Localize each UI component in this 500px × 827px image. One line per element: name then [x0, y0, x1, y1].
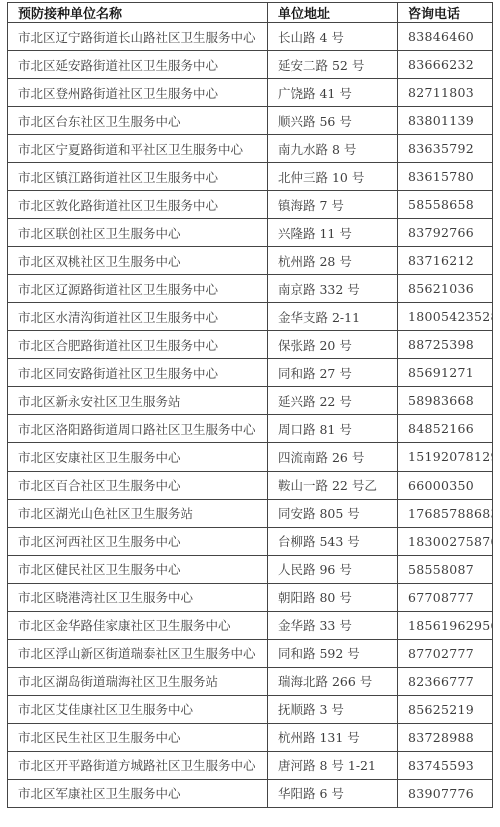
phone-cell: 83728988: [398, 723, 493, 751]
phone-cell: 82711803: [398, 79, 493, 107]
table-row: 市北区河西社区卫生服务中心台柳路 543 号18300275870: [8, 527, 493, 555]
table-row: 市北区辽宁路街道长山路社区卫生服务中心长山路 4 号83846460: [8, 23, 493, 51]
address-cell: 鞍山一路 22 号乙: [268, 471, 398, 499]
phone-cell: 88725398: [398, 331, 493, 359]
unit-name-cell: 市北区湖光山色社区卫生服务站: [8, 499, 268, 527]
address-cell: 延兴路 22 号: [268, 387, 398, 415]
vaccination-units-table: 预防接种单位名称 单位地址 咨询电话 市北区辽宁路街道长山路社区卫生服务中心长山…: [7, 2, 493, 808]
address-cell: 抚顺路 3 号: [268, 695, 398, 723]
address-cell: 北仲三路 10 号: [268, 163, 398, 191]
table-row: 市北区军康社区卫生服务中心华阳路 6 号83907776: [8, 779, 493, 807]
table-row: 市北区安康社区卫生服务中心四流南路 26 号15192078129: [8, 443, 493, 471]
address-cell: 同和路 27 号: [268, 359, 398, 387]
unit-name-cell: 市北区健民社区卫生服务中心: [8, 555, 268, 583]
table-row: 市北区湖岛街道瑞海社区卫生服务站瑞海北路 266 号82366777: [8, 667, 493, 695]
phone-cell: 58558658: [398, 191, 493, 219]
address-cell: 镇海路 7 号: [268, 191, 398, 219]
unit-name-cell: 市北区延安路街道社区卫生服务中心: [8, 51, 268, 79]
table-row: 市北区健民社区卫生服务中心人民路 96 号58558087: [8, 555, 493, 583]
address-cell: 台柳路 543 号: [268, 527, 398, 555]
phone-cell: 18561962956: [398, 611, 493, 639]
phone-cell: 85621036: [398, 275, 493, 303]
address-cell: 兴隆路 11 号: [268, 219, 398, 247]
column-header-address: 单位地址: [268, 3, 398, 23]
phone-cell: 83846460: [398, 23, 493, 51]
address-cell: 唐河路 8 号 1-21: [268, 751, 398, 779]
table-row: 市北区延安路街道社区卫生服务中心延安二路 52 号83666232: [8, 51, 493, 79]
table-row: 市北区辽源路街道社区卫生服务中心南京路 332 号85621036: [8, 275, 493, 303]
address-cell: 同和路 592 号: [268, 639, 398, 667]
unit-name-cell: 市北区洛阳路街道周口路社区卫生服务中心: [8, 415, 268, 443]
address-cell: 杭州路 28 号: [268, 247, 398, 275]
phone-cell: 18300275870: [398, 527, 493, 555]
table-row: 市北区洛阳路街道周口路社区卫生服务中心周口路 81 号84852166: [8, 415, 493, 443]
unit-name-cell: 市北区镇江路街道社区卫生服务中心: [8, 163, 268, 191]
phone-cell: 83792766: [398, 219, 493, 247]
table-row: 市北区开平路街道方城路社区卫生服务中心唐河路 8 号 1-2183745593: [8, 751, 493, 779]
unit-name-cell: 市北区百合社区卫生服务中心: [8, 471, 268, 499]
address-cell: 华阳路 6 号: [268, 779, 398, 807]
table-row: 市北区台东社区卫生服务中心顺兴路 56 号83801139: [8, 107, 493, 135]
phone-cell: 84852166: [398, 415, 493, 443]
unit-name-cell: 市北区双桃社区卫生服务中心: [8, 247, 268, 275]
unit-name-cell: 市北区军康社区卫生服务中心: [8, 779, 268, 807]
address-cell: 人民路 96 号: [268, 555, 398, 583]
phone-cell: 58983668: [398, 387, 493, 415]
column-header-unit-name: 预防接种单位名称: [8, 3, 268, 23]
unit-name-cell: 市北区登州路街道社区卫生服务中心: [8, 79, 268, 107]
phone-cell: 82366777: [398, 667, 493, 695]
table-row: 市北区金华路佳家康社区卫生服务中心金华路 33 号18561962956: [8, 611, 493, 639]
table-row: 市北区民生社区卫生服务中心杭州路 131 号83728988: [8, 723, 493, 751]
address-cell: 延安二路 52 号: [268, 51, 398, 79]
address-cell: 顺兴路 56 号: [268, 107, 398, 135]
unit-name-cell: 市北区同安路街道社区卫生服务中心: [8, 359, 268, 387]
table-row: 市北区联创社区卫生服务中心兴隆路 11 号83792766: [8, 219, 493, 247]
unit-name-cell: 市北区安康社区卫生服务中心: [8, 443, 268, 471]
address-cell: 杭州路 131 号: [268, 723, 398, 751]
table-body: 市北区辽宁路街道长山路社区卫生服务中心长山路 4 号83846460市北区延安路…: [8, 23, 493, 808]
table-row: 市北区浮山新区街道瑞泰社区卫生服务中心同和路 592 号87702777: [8, 639, 493, 667]
phone-cell: 83907776: [398, 779, 493, 807]
unit-name-cell: 市北区辽源路街道社区卫生服务中心: [8, 275, 268, 303]
address-cell: 瑞海北路 266 号: [268, 667, 398, 695]
address-cell: 广饶路 41 号: [268, 79, 398, 107]
unit-name-cell: 市北区台东社区卫生服务中心: [8, 107, 268, 135]
phone-cell: 85625219: [398, 695, 493, 723]
table-row: 市北区登州路街道社区卫生服务中心广饶路 41 号82711803: [8, 79, 493, 107]
phone-cell: 83801139: [398, 107, 493, 135]
address-cell: 朝阳路 80 号: [268, 583, 398, 611]
phone-cell: 87702777: [398, 639, 493, 667]
unit-name-cell: 市北区联创社区卫生服务中心: [8, 219, 268, 247]
unit-name-cell: 市北区敦化路街道社区卫生服务中心: [8, 191, 268, 219]
unit-name-cell: 市北区开平路街道方城路社区卫生服务中心: [8, 751, 268, 779]
table-row: 市北区宁夏路街道和平社区卫生服务中心南九水路 8 号83635792: [8, 135, 493, 163]
unit-name-cell: 市北区辽宁路街道长山路社区卫生服务中心: [8, 23, 268, 51]
phone-cell: 85691271: [398, 359, 493, 387]
unit-name-cell: 市北区晓港湾社区卫生服务中心: [8, 583, 268, 611]
address-cell: 同安路 805 号: [268, 499, 398, 527]
table-row: 市北区湖光山色社区卫生服务站同安路 805 号17685788683: [8, 499, 493, 527]
unit-name-cell: 市北区民生社区卫生服务中心: [8, 723, 268, 751]
unit-name-cell: 市北区水清沟街道社区卫生服务中心: [8, 303, 268, 331]
address-cell: 金华支路 2-11: [268, 303, 398, 331]
address-cell: 南九水路 8 号: [268, 135, 398, 163]
table-row: 市北区敦化路街道社区卫生服务中心镇海路 7 号58558658: [8, 191, 493, 219]
address-cell: 长山路 4 号: [268, 23, 398, 51]
unit-name-cell: 市北区宁夏路街道和平社区卫生服务中心: [8, 135, 268, 163]
table-row: 市北区艾佳康社区卫生服务中心抚顺路 3 号85625219: [8, 695, 493, 723]
unit-name-cell: 市北区新永安社区卫生服务站: [8, 387, 268, 415]
unit-name-cell: 市北区金华路佳家康社区卫生服务中心: [8, 611, 268, 639]
table-row: 市北区同安路街道社区卫生服务中心同和路 27 号85691271: [8, 359, 493, 387]
phone-cell: 18005423528: [398, 303, 493, 331]
phone-cell: 83716212: [398, 247, 493, 275]
phone-cell: 17685788683: [398, 499, 493, 527]
phone-cell: 66000350: [398, 471, 493, 499]
phone-cell: 83745593: [398, 751, 493, 779]
vaccination-units-page: 预防接种单位名称 单位地址 咨询电话 市北区辽宁路街道长山路社区卫生服务中心长山…: [0, 0, 500, 827]
table-row: 市北区双桃社区卫生服务中心杭州路 28 号83716212: [8, 247, 493, 275]
phone-cell: 83666232: [398, 51, 493, 79]
address-cell: 保张路 20 号: [268, 331, 398, 359]
unit-name-cell: 市北区艾佳康社区卫生服务中心: [8, 695, 268, 723]
phone-cell: 15192078129: [398, 443, 493, 471]
table-row: 市北区水清沟街道社区卫生服务中心金华支路 2-1118005423528: [8, 303, 493, 331]
phone-cell: 83635792: [398, 135, 493, 163]
table-row: 市北区镇江路街道社区卫生服务中心北仲三路 10 号83615780: [8, 163, 493, 191]
unit-name-cell: 市北区浮山新区街道瑞泰社区卫生服务中心: [8, 639, 268, 667]
address-cell: 周口路 81 号: [268, 415, 398, 443]
unit-name-cell: 市北区合肥路街道社区卫生服务中心: [8, 331, 268, 359]
address-cell: 四流南路 26 号: [268, 443, 398, 471]
phone-cell: 83615780: [398, 163, 493, 191]
table-row: 市北区晓港湾社区卫生服务中心朝阳路 80 号67708777: [8, 583, 493, 611]
table-row: 市北区新永安社区卫生服务站延兴路 22 号58983668: [8, 387, 493, 415]
address-cell: 金华路 33 号: [268, 611, 398, 639]
phone-cell: 67708777: [398, 583, 493, 611]
address-cell: 南京路 332 号: [268, 275, 398, 303]
table-header-row: 预防接种单位名称 单位地址 咨询电话: [8, 3, 493, 23]
unit-name-cell: 市北区湖岛街道瑞海社区卫生服务站: [8, 667, 268, 695]
table-row: 市北区合肥路街道社区卫生服务中心保张路 20 号88725398: [8, 331, 493, 359]
table-row: 市北区百合社区卫生服务中心鞍山一路 22 号乙66000350: [8, 471, 493, 499]
phone-cell: 58558087: [398, 555, 493, 583]
unit-name-cell: 市北区河西社区卫生服务中心: [8, 527, 268, 555]
column-header-phone: 咨询电话: [398, 3, 493, 23]
